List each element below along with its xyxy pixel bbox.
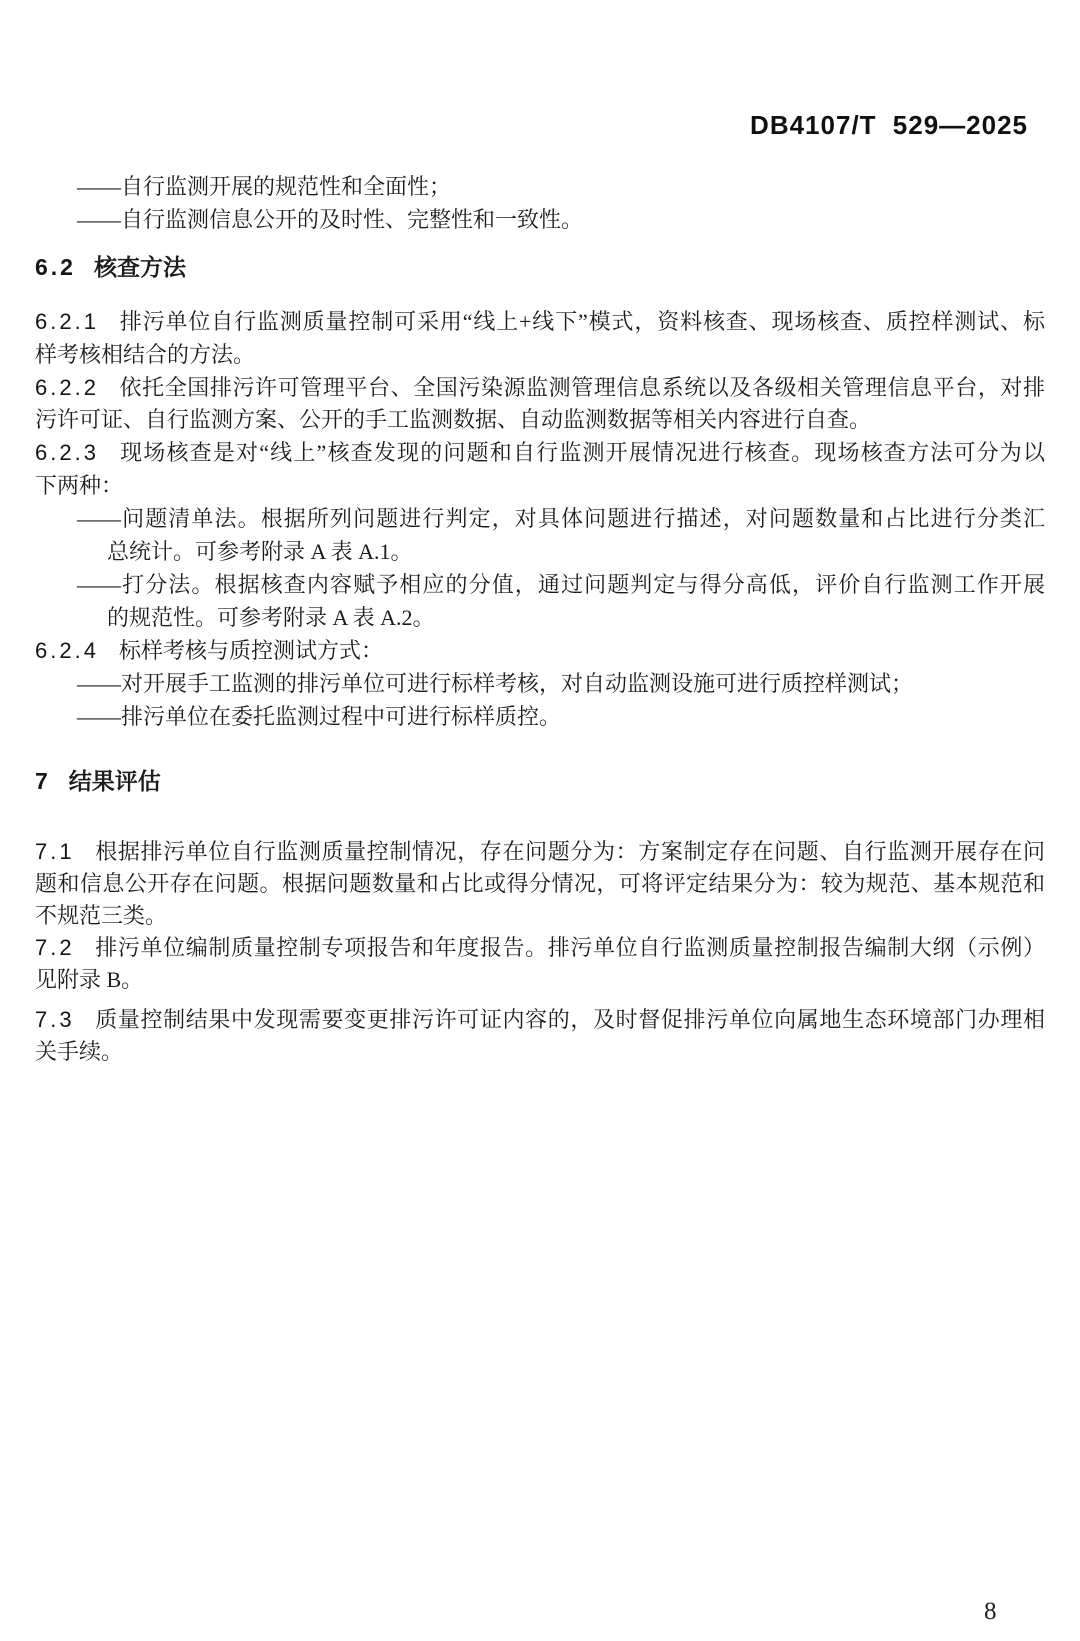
clause-number: 6.2.3 (35, 440, 99, 465)
clause-7-1-continuation: 不规范三类。 (35, 899, 1045, 932)
clause-text: 标样考核与质控测试方式： (119, 638, 383, 663)
document-number-header: DB4107/T 529—2025 (750, 110, 1028, 141)
heading-number: 6.2 (35, 254, 76, 280)
dash-item-continuation: 的规范性。可参考附录 A 表 A.2。 (107, 601, 1045, 634)
document-page: DB4107/T 529—2025 ——自行监测开展的规范性和全面性； ——自行… (0, 0, 1080, 1641)
clause-7-2-continuation: 见附录 B。 (35, 963, 1045, 996)
clause-7-1: 7.1根据排污单位自行监测质量控制情况，存在问题分为：方案制定存在问题、自行监测… (35, 835, 1045, 868)
dash-item: ——自行监测信息公开的及时性、完整性和一致性。 (77, 203, 1045, 236)
clause-6-2-2-continuation: 污许可证、自行监测方案、公开的手工监测数据、自动监测数据等相关内容进行自查。 (35, 403, 1045, 436)
dash-item: ——问题清单法。根据所列问题进行判定，对具体问题进行描述，对问题数量和占比进行分… (77, 502, 1045, 535)
clause-7-1-continuation: 题和信息公开存在问题。根据问题数量和占比或得分情况，可将评定结果分为：较为规范、… (35, 867, 1045, 900)
clause-text: 质量控制结果中发现需要变更排污许可证内容的，及时督促排污单位向属地生态环境部门办… (95, 1007, 1045, 1032)
dash-item: ——对开展手工监测的排污单位可进行标样考核，对自动监测设施可进行质控样测试； (77, 667, 1045, 700)
dash-item-continuation: 总统计。可参考附录 A 表 A.1。 (107, 535, 1045, 568)
clause-text: 排污单位编制质量控制专项报告和年度报告。排污单位自行监测质量控制报告编制大纲（示… (95, 935, 1045, 960)
clause-number: 6.2.2 (35, 375, 99, 400)
heading-title: 核查方法 (94, 254, 186, 280)
dash-item: ——排污单位在委托监测过程中可进行标样质控。 (77, 700, 1045, 733)
clause-number: 7.1 (35, 839, 75, 864)
clause-text: 现场核查是对“线上”核查发现的问题和自行监测开展情况进行核查。现场核查方法可分为… (119, 440, 1045, 465)
heading-6-2: 6.2核查方法 (35, 251, 1045, 284)
clause-number: 6.2.4 (35, 638, 99, 663)
clause-7-2: 7.2排污单位编制质量控制专项报告和年度报告。排污单位自行监测质量控制报告编制大… (35, 931, 1045, 964)
clause-6-2-1: 6.2.1排污单位自行监测质量控制可采用“线上+线下”模式，资料核查、现场核查、… (35, 305, 1045, 338)
heading-title: 结果评估 (69, 768, 161, 794)
page-number: 8 (984, 1598, 997, 1626)
clause-number: 7.2 (35, 935, 75, 960)
clause-6-2-1-continuation: 样考核相结合的方法。 (35, 338, 1045, 371)
dash-item: ——打分法。根据核查内容赋予相应的分值，通过问题判定与得分高低，评价自行监测工作… (77, 568, 1045, 601)
heading-7: 7结果评估 (35, 765, 1045, 798)
clause-6-2-2: 6.2.2依托全国排污许可管理平台、全国污染源监测管理信息系统以及各级相关管理信… (35, 371, 1045, 404)
clause-text: 根据排污单位自行监测质量控制情况，存在问题分为：方案制定存在问题、自行监测开展存… (95, 839, 1045, 864)
clause-number: 6.2.1 (35, 309, 99, 334)
clause-text: 排污单位自行监测质量控制可采用“线上+线下”模式，资料核查、现场核查、质控样测试… (119, 309, 1045, 334)
clause-6-2-3-continuation: 下两种： (35, 469, 1045, 502)
clause-6-2-4: 6.2.4标样考核与质控测试方式： (35, 634, 1045, 667)
clause-7-3: 7.3质量控制结果中发现需要变更排污许可证内容的，及时督促排污单位向属地生态环境… (35, 1003, 1045, 1036)
dash-item: ——自行监测开展的规范性和全面性； (77, 170, 1045, 203)
clause-text: 依托全国排污许可管理平台、全国污染源监测管理信息系统以及各级相关管理信息平台，对… (119, 375, 1045, 400)
clause-number: 7.3 (35, 1007, 75, 1032)
heading-number: 7 (35, 768, 51, 794)
clause-7-3-continuation: 关手续。 (35, 1035, 1045, 1068)
clause-6-2-3: 6.2.3现场核查是对“线上”核查发现的问题和自行监测开展情况进行核查。现场核查… (35, 436, 1045, 469)
